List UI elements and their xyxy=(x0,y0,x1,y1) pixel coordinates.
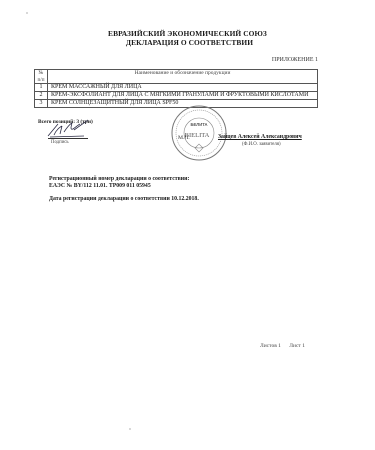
column-header-num: № п/п xyxy=(35,70,48,84)
declaration-title: ДЕКЛАРАЦИЯ О СООТВЕТСТВИИ xyxy=(0,38,375,47)
scan-speck xyxy=(129,428,131,430)
sheet-current: Лист 1 xyxy=(289,343,305,349)
svg-text:BIELITA: BIELITA xyxy=(185,132,210,139)
signature-label: Подпись xyxy=(51,140,69,145)
row-num: 3 xyxy=(35,100,48,108)
signature-icon xyxy=(44,118,92,140)
registration-number-label: Регистрационный номер декларации о соотв… xyxy=(49,176,189,183)
row-num: 1 xyxy=(35,84,48,92)
document-header: ЕВРАЗИЙСКИЙ ЭКОНОМИЧЕСКИЙ СОЮЗ ДЕКЛАРАЦИ… xyxy=(0,29,375,47)
scan-speck xyxy=(26,12,28,14)
column-header-name: Наименование и обозначение продукции xyxy=(48,70,318,84)
row-num: 2 xyxy=(35,92,48,100)
registration-number: ЕАЭС № BY/112 11.01. ТР009 011 05945 xyxy=(49,183,151,189)
sheets-total: Листов 1 xyxy=(260,343,281,349)
products-table: № п/п Наименование и обозначение продукц… xyxy=(34,69,318,108)
signature-line xyxy=(48,138,88,139)
table-row: 1 КРЕМ МАССАЖНЫЙ ДЛЯ ЛИЦА xyxy=(35,84,318,92)
table-header-row: № п/п Наименование и обозначение продукц… xyxy=(35,70,318,84)
stamp-seal-icon: БЕЛИТА BIELITA xyxy=(170,104,228,162)
appendix-label: ПРИЛОЖЕНИЕ 1 xyxy=(272,57,318,63)
svg-text:БЕЛИТА: БЕЛИТА xyxy=(190,122,207,127)
row-name: КРЕМ МАССАЖНЫЙ ДЛЯ ЛИЦА xyxy=(48,84,318,92)
table-row: 2 КРЕМ-ЭКСФОЛИАНТ ДЛЯ ЛИЦА С МЯГКИМИ ГРА… xyxy=(35,92,318,100)
applicant-name: Зайцев Алексей Александрович xyxy=(218,134,302,140)
registration-date: Дата регистрации декларации о соответств… xyxy=(49,196,199,202)
sheet-counter: Листов 1 Лист 1 xyxy=(260,343,305,349)
row-name: КРЕМ-ЭКСФОЛИАНТ ДЛЯ ЛИЦА С МЯГКИМИ ГРАНУ… xyxy=(48,92,318,100)
applicant-label: (Ф.И.О. заявителя) xyxy=(242,142,281,147)
union-title: ЕВРАЗИЙСКИЙ ЭКОНОМИЧЕСКИЙ СОЮЗ xyxy=(0,29,375,38)
